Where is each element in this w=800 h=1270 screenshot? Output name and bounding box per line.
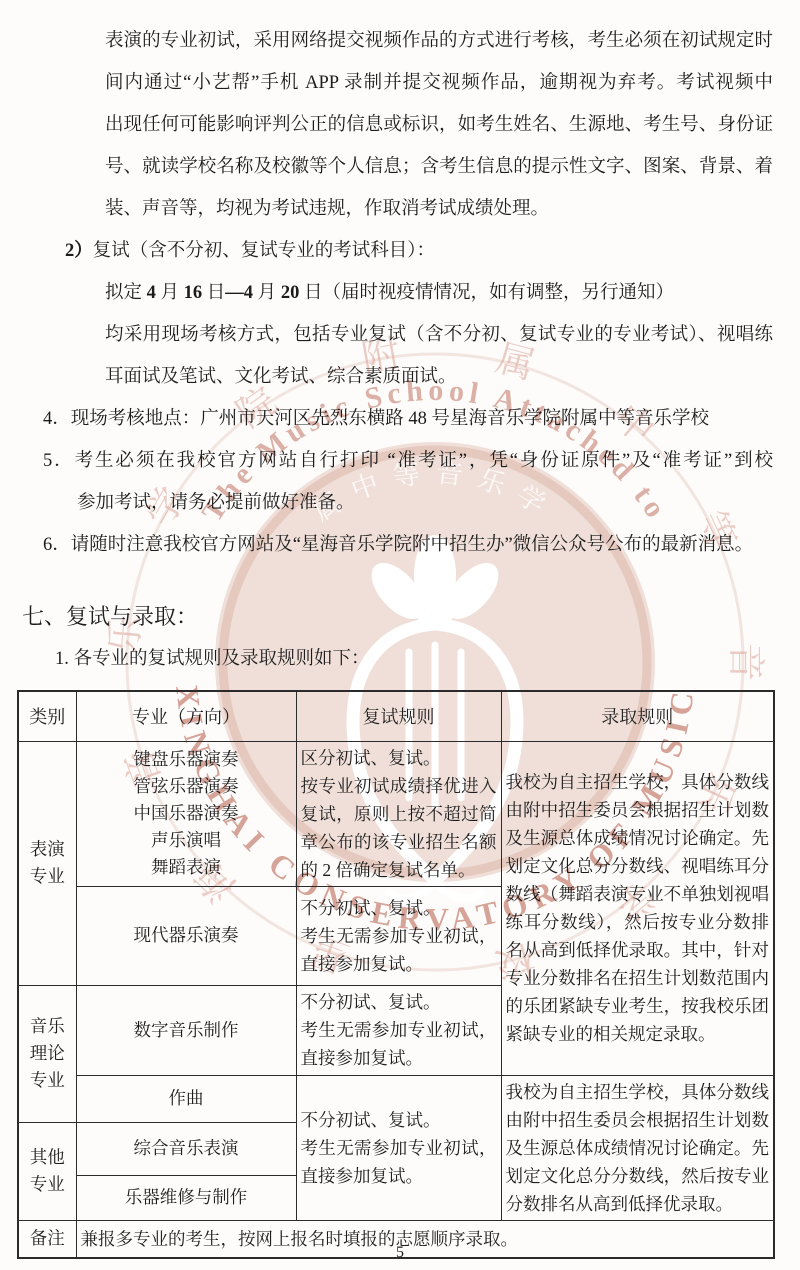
body-line-segment: 5．考生必须在我校官方网站自行打印 “准考证”，凭“身份证原件”及“准考证”到校 bbox=[43, 451, 773, 471]
body-line-bold-segment: 2） bbox=[65, 241, 93, 261]
body-line: 均采用现场考核方式，包括专业复试（含不分初、复试专业的专业考试）、视唱练 bbox=[105, 314, 773, 356]
cell-major-digital-music: 数字音乐制作 bbox=[76, 985, 296, 1075]
cell-retest-no-split-1: 不分初试、复试。 考生无需参加专业初试，直接参加复试。 bbox=[296, 886, 501, 985]
body-line: 参加考试，请务必提前做好准备。 bbox=[77, 482, 773, 524]
cell-retest-split: 区分初试、复试。 按专业初试成绩择优进入复试，原则上按不超过简章公布的该专业招生… bbox=[296, 741, 501, 886]
col-header-category: 类别 bbox=[18, 691, 76, 741]
body-line-segment: 拟定 bbox=[105, 283, 147, 303]
body-line: 耳面试及笔试、文化考试、综合素质面试。 bbox=[105, 356, 773, 398]
cell-admission-performance: 我校为自主招生学校，具体分数线由附中招生委员会根据招生计划数及生源总体成绩情况讨… bbox=[501, 741, 774, 1075]
body-line: 间内通过“小艺帮”手机 APP 录制并提交视频作品，逾期视为弃考。考试视频中 bbox=[105, 62, 773, 104]
body-line: 拟定 4 月 16 日—4 月 20 日（届时视疫情情况，如有调整，另行通知） bbox=[105, 272, 773, 314]
table-row: 作曲 不分初试、复试。 考生无需参加专业初试，直接参加复试。 我校为自主招生学校… bbox=[18, 1075, 774, 1122]
body-line: 6．请随时注意我校官方网站及“星海音乐学院附中招生办”微信公众号公布的最新消息。 bbox=[43, 524, 773, 566]
body-line-segment: 参加考试，请务必提前做好准备。 bbox=[77, 493, 355, 513]
cell-majors-performance: 键盘乐器演奏 管弦乐器演奏 中国乐器演奏 声乐演唱 舞蹈表演 bbox=[76, 741, 296, 886]
cell-retest-no-split-3: 不分初试、复试。 考生无需参加专业初试，直接参加复试。 bbox=[296, 1075, 501, 1220]
body-line: 出现任何可能影响评判公正的信息或标识，如考生姓名、生源地、考生号、身份证 bbox=[105, 104, 773, 146]
body-line: 装、声音等，均视为考试违规，作取消考试成绩处理。 bbox=[105, 188, 773, 230]
cell-category-other: 其他 专业 bbox=[18, 1122, 76, 1220]
body-line-segment: 表演的专业初试，采用网络提交视频作品的方式进行考核，考生必须在初试规定时 bbox=[105, 31, 773, 51]
body-line-segment: 月 bbox=[156, 283, 184, 303]
page-number: 5 bbox=[0, 1244, 800, 1262]
body-line-segment: 月 bbox=[253, 283, 281, 303]
body-line: 号、就读学校名称及校徽等个人信息；含考生信息的提示性文字、图案、背景、着 bbox=[105, 146, 773, 188]
body-line-segment: 均采用现场考核方式，包括专业复试（含不分初、复试专业的专业考试）、视唱练 bbox=[105, 325, 773, 345]
table-intro: 1. 各专业的复试规则及录取规则如下： bbox=[55, 638, 800, 680]
col-header-major: 专业（方向） bbox=[76, 691, 296, 741]
body-line-segment: 复试（含不分初、复试专业的考试科目）： bbox=[93, 241, 435, 261]
cell-retest-no-split-2: 不分初试、复试。 考生无需参加专业初试，直接参加复试。 bbox=[296, 985, 501, 1075]
body-line-bold-segment: 4 bbox=[244, 283, 253, 303]
body-line-bold-segment: 16 bbox=[184, 283, 203, 303]
cell-major-comprehensive: 综合音乐表演 bbox=[76, 1122, 296, 1175]
document-page: The Music School Attached to XINGHAI CON… bbox=[0, 0, 800, 1270]
body-line-segment: 装、声音等，均视为考试违规，作取消考试成绩处理。 bbox=[105, 199, 549, 219]
section-heading: 七、复试与录取： bbox=[22, 596, 800, 638]
rules-table: 类别 专业（方向） 复试规则 录取规则 表演 专业 键盘乐器演奏 管弦乐器演奏 … bbox=[17, 690, 775, 1259]
body-text-block: 表演的专业初试，采用网络提交视频作品的方式进行考核，考生必须在初试规定时间内通过… bbox=[0, 0, 800, 566]
body-line-segment: 6．请随时注意我校官方网站及“星海音乐学院附中招生办”微信公众号公布的最新消息。 bbox=[43, 535, 753, 555]
body-line-segment: 日（届时视疫情情况，如有调整，另行通知） bbox=[299, 283, 674, 303]
col-header-admission: 录取规则 bbox=[501, 691, 774, 741]
body-line-segment: 号、就读学校名称及校徽等个人信息；含考生信息的提示性文字、图案、背景、着 bbox=[105, 157, 773, 177]
table-row: 表演 专业 键盘乐器演奏 管弦乐器演奏 中国乐器演奏 声乐演唱 舞蹈表演 区分初… bbox=[18, 741, 774, 886]
cell-category-music-theory: 音乐 理论 专业 bbox=[18, 985, 76, 1122]
body-line: 5．考生必须在我校官方网站自行打印 “准考证”，凭“身份证原件”及“准考证”到校 bbox=[43, 440, 773, 482]
body-line: 4．现场考核地点：广州市天河区先烈东横路 48 号星海音乐学院附属中等音乐学校 bbox=[43, 398, 773, 440]
body-line-segment: 出现任何可能影响评判公正的信息或标识，如考生姓名、生源地、考生号、身份证 bbox=[105, 115, 773, 135]
body-line-segment: 耳面试及笔试、文化考试、综合素质面试。 bbox=[105, 367, 457, 387]
table-header-row: 类别 专业（方向） 复试规则 录取规则 bbox=[18, 691, 774, 741]
body-line-segment: 4．现场考核地点：广州市天河区先烈东横路 48 号星海音乐学院附属中等音乐学校 bbox=[43, 409, 709, 429]
cell-major-instrument-repair: 乐器维修与制作 bbox=[76, 1175, 296, 1220]
cell-major-modern-instruments: 现代器乐演奏 bbox=[76, 886, 296, 985]
body-line-bold-segment: 4 bbox=[147, 283, 156, 303]
cell-major-composition: 作曲 bbox=[76, 1075, 296, 1122]
cell-admission-other: 我校为自主招生学校，具体分数线由附中招生委员会根据招生计划数及生源总体成绩情况讨… bbox=[501, 1075, 774, 1220]
body-line: 表演的专业初试，采用网络提交视频作品的方式进行考核，考生必须在初试规定时 bbox=[105, 20, 773, 62]
body-line-bold-segment: — bbox=[225, 283, 244, 303]
body-line-bold-segment: 20 bbox=[281, 283, 300, 303]
body-line: 2）复试（含不分初、复试专业的考试科目）： bbox=[65, 230, 773, 272]
body-line-segment: 间内通过“小艺帮”手机 APP 录制并提交视频作品，逾期视为弃考。考试视频中 bbox=[105, 73, 773, 93]
body-line-segment: 日 bbox=[202, 283, 225, 303]
cell-category-performance: 表演 专业 bbox=[18, 741, 76, 985]
col-header-retest: 复试规则 bbox=[296, 691, 501, 741]
